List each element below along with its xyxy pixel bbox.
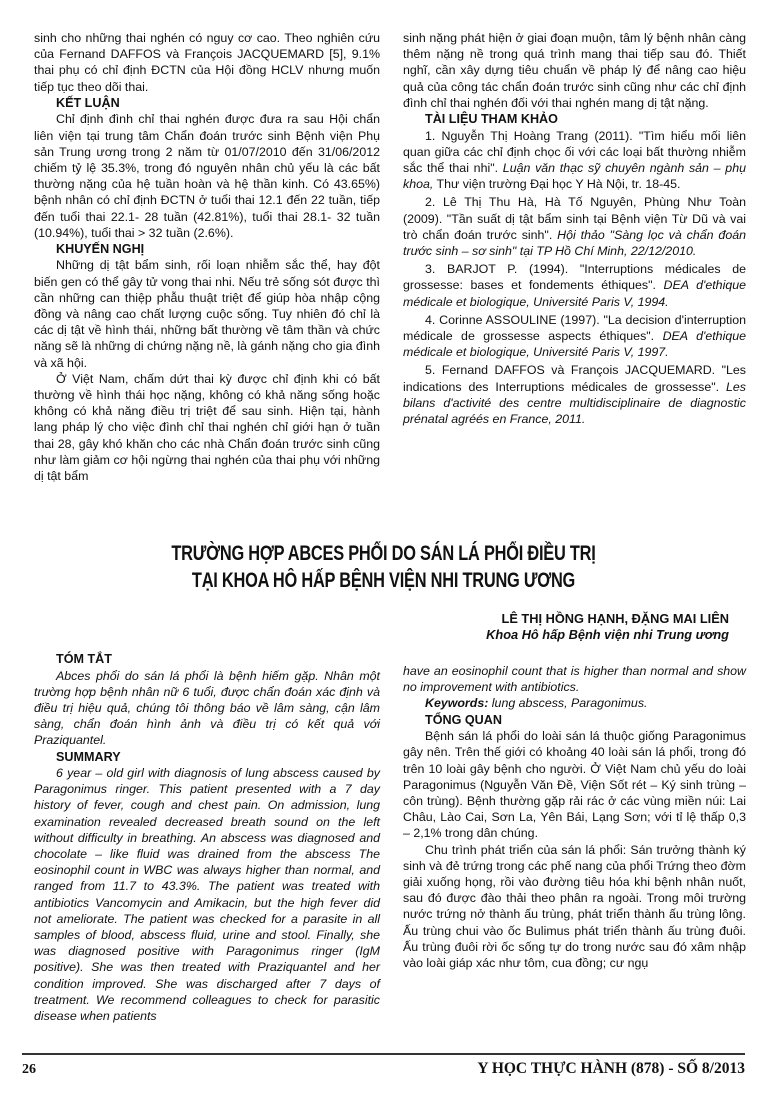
section-heading-references: TÀI LIỆU THAM KHẢO — [403, 111, 746, 128]
paragraph: Ở Việt Nam, chấm dứt thai kỳ được chỉ đị… — [34, 371, 380, 484]
keywords: Keywords: lung abscess, Paragonimus. — [403, 695, 746, 711]
reference-tail: Thư viện trường Đại học Y Hà Nội, tr. 18… — [433, 177, 680, 191]
section-heading-ket-luan: KẾT LUẬN — [34, 95, 380, 112]
abstract-vietnamese: Abces phổi do sán lá phổi là bệnh hiếm g… — [34, 668, 380, 749]
author-names: LÊ THỊ HỒNG HẠNH, ĐẶNG MAI LIÊN — [486, 611, 729, 627]
section-heading-tom-tat: TÓM TẮT — [34, 651, 380, 668]
article-title: TRƯỜNG HỢP ABCES PHỔI DO SÁN LÁ PHỔI ĐIỀ… — [0, 540, 767, 594]
page-number: 26 — [22, 1062, 36, 1078]
author-block: LÊ THỊ HỒNG HẠNH, ĐẶNG MAI LIÊN Khoa Hô … — [486, 611, 729, 643]
paragraph: Chỉ định đình chỉ thai nghén được đưa ra… — [34, 111, 380, 241]
paragraph: Những dị tật bẩm sinh, rối loạn nhiễm sắ… — [34, 257, 380, 370]
paragraph: sinh nặng phát hiện ở giai đoạn muộn, tâ… — [403, 30, 746, 111]
prev-article-left-column: sinh cho những thai nghén có nguy cơ cao… — [34, 30, 380, 484]
reference-list: 1. Nguyễn Thị Hoàng Trang (2011). "Tìm h… — [403, 128, 746, 428]
reference-item: 2. Lê Thị Thu Hà, Hà Tố Nguyên, Phùng Nh… — [403, 194, 746, 259]
footer-divider — [22, 1053, 745, 1055]
reference-item: 5. Fernand DAFFOS và François JACQUEMARD… — [403, 362, 746, 427]
keywords-value: lung abscess, Paragonimus. — [488, 696, 647, 710]
reference-text: 5. Fernand DAFFOS và François JACQUEMARD… — [403, 363, 746, 393]
abstract-english: 6 year – old girl with diagnosis of lung… — [34, 765, 380, 1024]
reference-item: 4. Corinne ASSOULINE (1997). "La decisio… — [403, 312, 746, 361]
reference-item: 3. BARJOT P. (1994). "Interruptions médi… — [403, 261, 746, 310]
section-heading-tong-quan: TỔNG QUAN — [403, 712, 746, 729]
article-title-line-1: TRƯỜNG HỢP ABCES PHỔI DO SÁN LÁ PHỔI ĐIỀ… — [84, 540, 682, 567]
section-heading-khuyen-nghi: KHUYẾN NGHỊ — [34, 241, 380, 258]
reference-item: 1. Nguyễn Thị Hoàng Trang (2011). "Tìm h… — [403, 128, 746, 193]
paragraph: Chu trình phát triển của sán lá phổi: Sá… — [403, 842, 746, 972]
article-title-line-2: TẠI KHOA HÔ HẤP BỆNH VIỆN NHI TRUNG ƯƠNG — [84, 567, 682, 594]
prev-article-right-column: sinh nặng phát hiện ở giai đoạn muộn, tâ… — [403, 30, 746, 429]
article-right-column: have an eosinophil count that is higher … — [403, 663, 746, 971]
journal-issue: Y HỌC THỰC HÀNH (878) - SỐ 8/2013 — [477, 1060, 745, 1078]
keywords-label: Keywords: — [425, 696, 488, 710]
abstract-english-continued: have an eosinophil count that is higher … — [403, 663, 746, 695]
section-heading-summary: SUMMARY — [34, 749, 380, 766]
author-affiliation: Khoa Hô hấp Bệnh viện nhi Trung ương — [486, 627, 729, 643]
paragraph: sinh cho những thai nghén có nguy cơ cao… — [34, 30, 380, 95]
article-left-column: TÓM TẮT Abces phổi do sán lá phổi là bện… — [34, 651, 380, 1024]
paragraph: Bệnh sán lá phổi do loài sán lá thuộc gi… — [403, 728, 746, 841]
